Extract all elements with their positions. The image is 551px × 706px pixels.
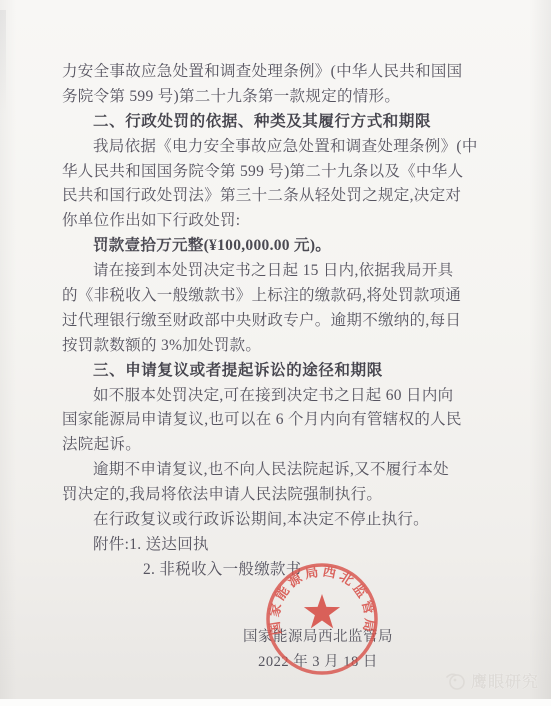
document-line: 在行政复议或行政诉讼期间,本决定不停止执行。 — [62, 508, 472, 533]
scan-smudge — [0, 10, 6, 160]
penalty-amount: 罚款壹拾万元整(¥100,000.00 元)。 — [62, 234, 472, 259]
watermark-label: 鹰眼研究 — [471, 669, 539, 692]
document-line: 逾期不申请复议,也不向人民法院起诉,又不履行本处 — [62, 458, 472, 483]
eagle-eye-logo-icon — [444, 671, 466, 691]
scan-edge-band — [0, 699, 551, 706]
document-line: 华人民共和国国务院令第 599 号)第二十九条以及《中华人 — [62, 160, 472, 185]
document-line: 法院起诉。 — [62, 433, 472, 458]
document-line: 按罚款数额的 3%加处罚款。 — [62, 334, 472, 359]
section-heading-2: 二、行政处罚的依据、种类及其履行方式和期限 — [62, 110, 472, 135]
document-line: 的《非税收入一般缴款书》上标注的缴款码,将处罚款项通 — [62, 284, 472, 309]
document-line: 民共和国行政处罚法》第三十二条从轻处罚之规定,决定对 — [62, 184, 472, 209]
watermark: 鹰眼研究 — [444, 669, 539, 692]
document-line: 我局依据《电力安全事故应急处置和调查处理条例》(中 — [62, 135, 472, 160]
document-line: 国家能源局申请复议,也可以在 6 个月内向有管辖权的人民 — [62, 408, 472, 433]
star-icon — [304, 594, 340, 628]
section-heading-3: 三、申请复议或者提起诉讼的途径和期限 — [62, 359, 472, 384]
document-page: 力安全事故应急处置和调查处理条例》(中华人民共和国国 务院令第 599 号)第二… — [0, 0, 551, 706]
document-line: 你单位作出如下行政处罚: — [62, 209, 472, 234]
document-body: 力安全事故应急处置和调查处理条例》(中华人民共和国国 务院令第 599 号)第二… — [62, 60, 472, 583]
document-line: 请在接到本处罚决定书之日起 15 日内,依据我局开具 — [62, 259, 472, 284]
document-line: 罚决定的,我局将依法申请人民法院强制执行。 — [62, 483, 472, 508]
document-line: 如不服本处罚决定,可在接到决定书之日起 60 日内向 — [62, 384, 472, 409]
official-seal: 国家能源局西北监管局 — [264, 561, 380, 677]
official-seal-graphic: 国家能源局西北监管局 — [264, 561, 380, 677]
attachment-item-1: 附件:1. 送达回执 — [62, 533, 472, 558]
document-line: 力安全事故应急处置和调查处理条例》(中华人民共和国国 — [62, 60, 472, 85]
document-line: 过代理银行缴至财政部中央财政专户。逾期不缴纳的,每日 — [62, 309, 472, 334]
document-line: 务院令第 599 号)第二十九条第一款规定的情形。 — [62, 85, 472, 110]
